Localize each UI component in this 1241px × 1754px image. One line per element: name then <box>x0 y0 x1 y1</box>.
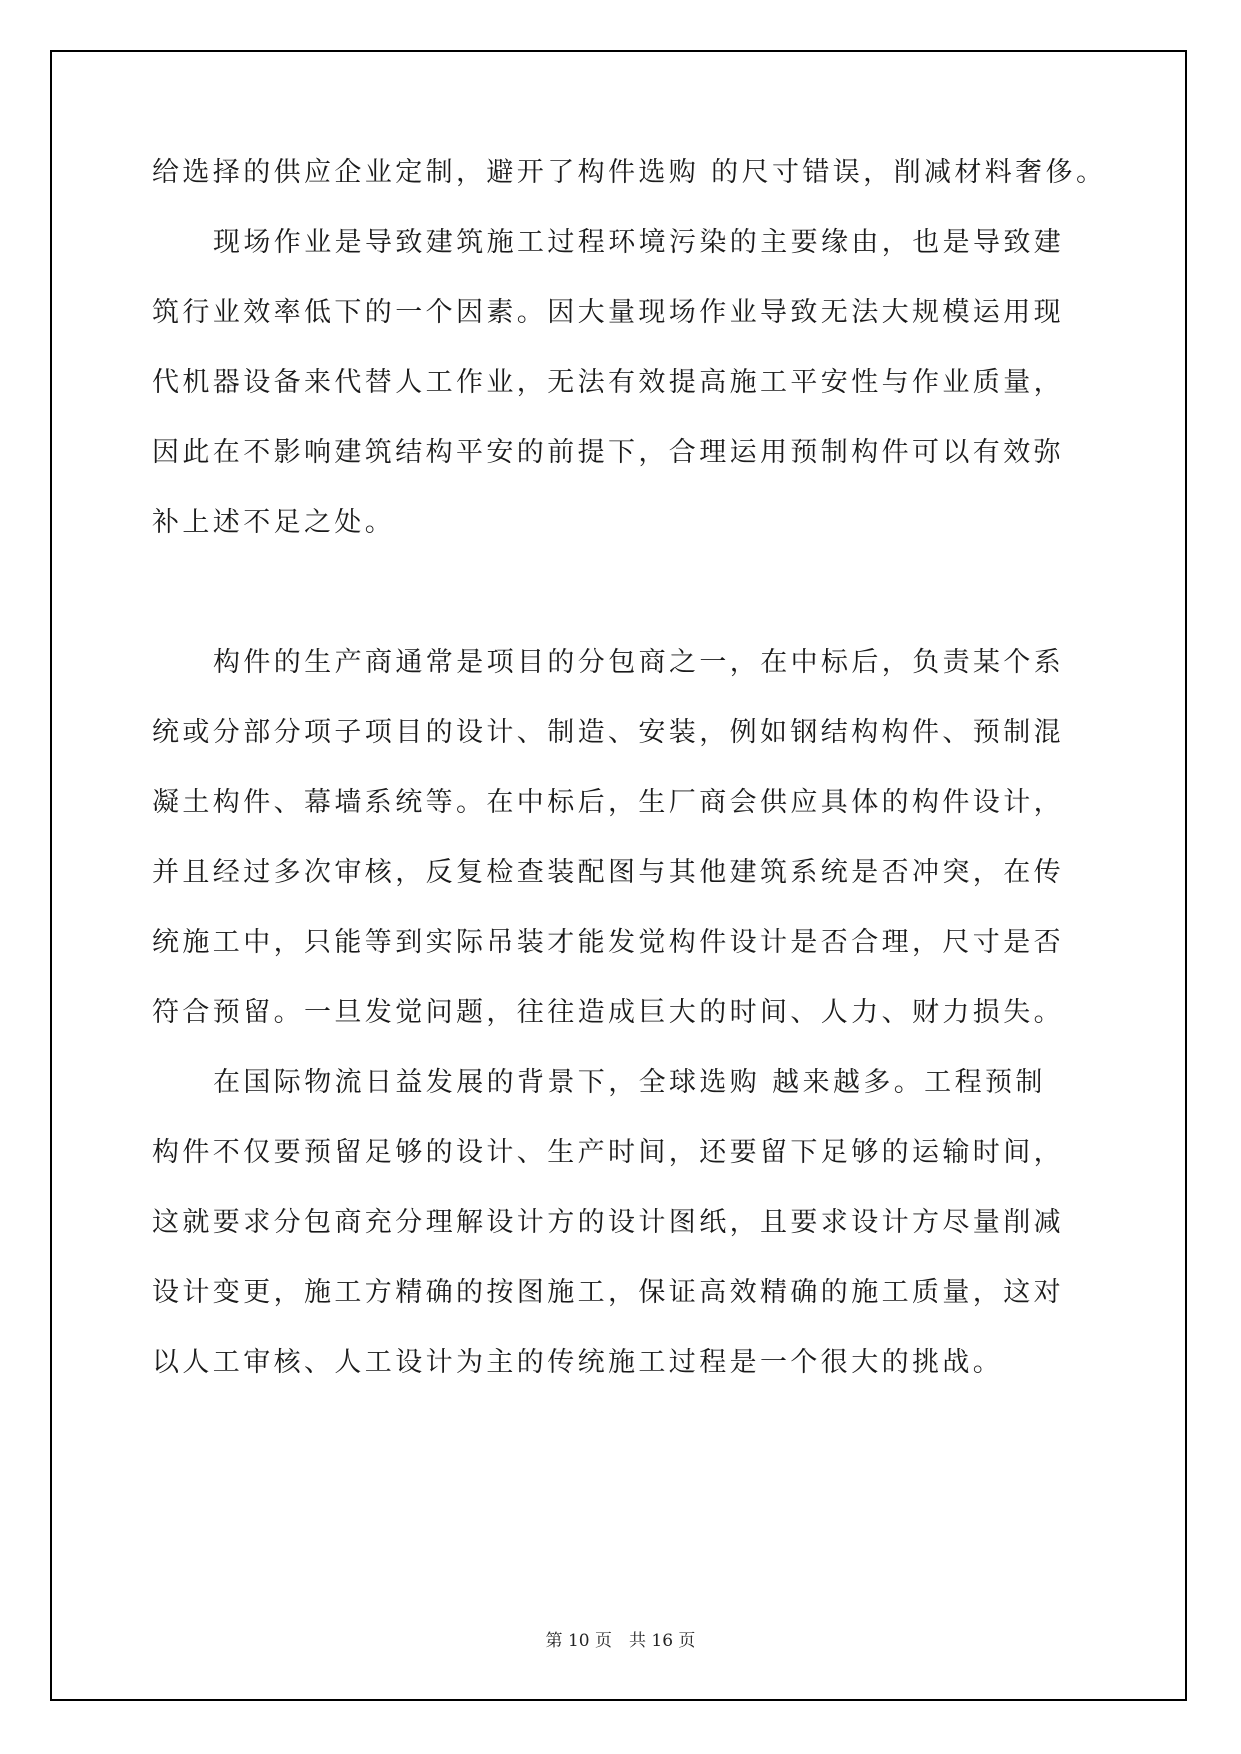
text-line: 这就要求分包商充分理解设计方的设计图纸，且要求设计方尽量削减 <box>152 1205 1092 1241</box>
text-line: 构件不仅要预留足够的设计、生产时间，还要留下足够的运输时间， <box>152 1135 1092 1171</box>
text-line: 统施工中，只能等到实际吊装才能发觉构件设计是否合理，尺寸是否 <box>152 925 1092 961</box>
text-line: 补上述不足之处。 <box>152 505 1092 541</box>
text-line: 凝土构件、幕墙系统等。在中标后，生厂商会供应具体的构件设计， <box>152 785 1092 821</box>
text-line: 并且经过多次审核，反复检查装配图与其他建筑系统是否冲突，在传 <box>152 855 1092 891</box>
text-line: 给选择的供应企业定制，避开了构件选购 的尺寸错误，削减材料奢侈。 <box>152 155 1092 191</box>
text-line: 现场作业是导致建筑施工过程环境污染的主要缘由，也是导致建 <box>213 225 1153 261</box>
text-line: 以人工审核、人工设计为主的传统施工过程是一个很大的挑战。 <box>152 1345 1092 1381</box>
text-line: 筑行业效率低下的一个因素。因大量现场作业导致无法大规模运用现 <box>152 295 1092 331</box>
text-line: 符合预留。一旦发觉问题，往往造成巨大的时间、人力、财力损失。 <box>152 995 1092 1031</box>
text-line: 因此在不影响建筑结构平安的前提下，合理运用预制构件可以有效弥 <box>152 435 1092 471</box>
text-line: 设计变更，施工方精确的按图施工，保证高效精确的施工质量，这对 <box>152 1275 1092 1311</box>
text-line: 构件的生产商通常是项目的分包商之一，在中标后，负责某个系 <box>213 645 1153 681</box>
text-line: 代机器设备来代替人工作业，无法有效提高施工平安性与作业质量， <box>152 365 1092 401</box>
page-number-footer: 第 10 页 共 16 页 <box>0 1626 1241 1651</box>
text-line: 在国际物流日益发展的背景下，全球选购 越来越多。工程预制 <box>213 1065 1153 1101</box>
text-line: 统或分部分项子项目的设计、制造、安装，例如钢结构构件、预制混 <box>152 715 1092 751</box>
